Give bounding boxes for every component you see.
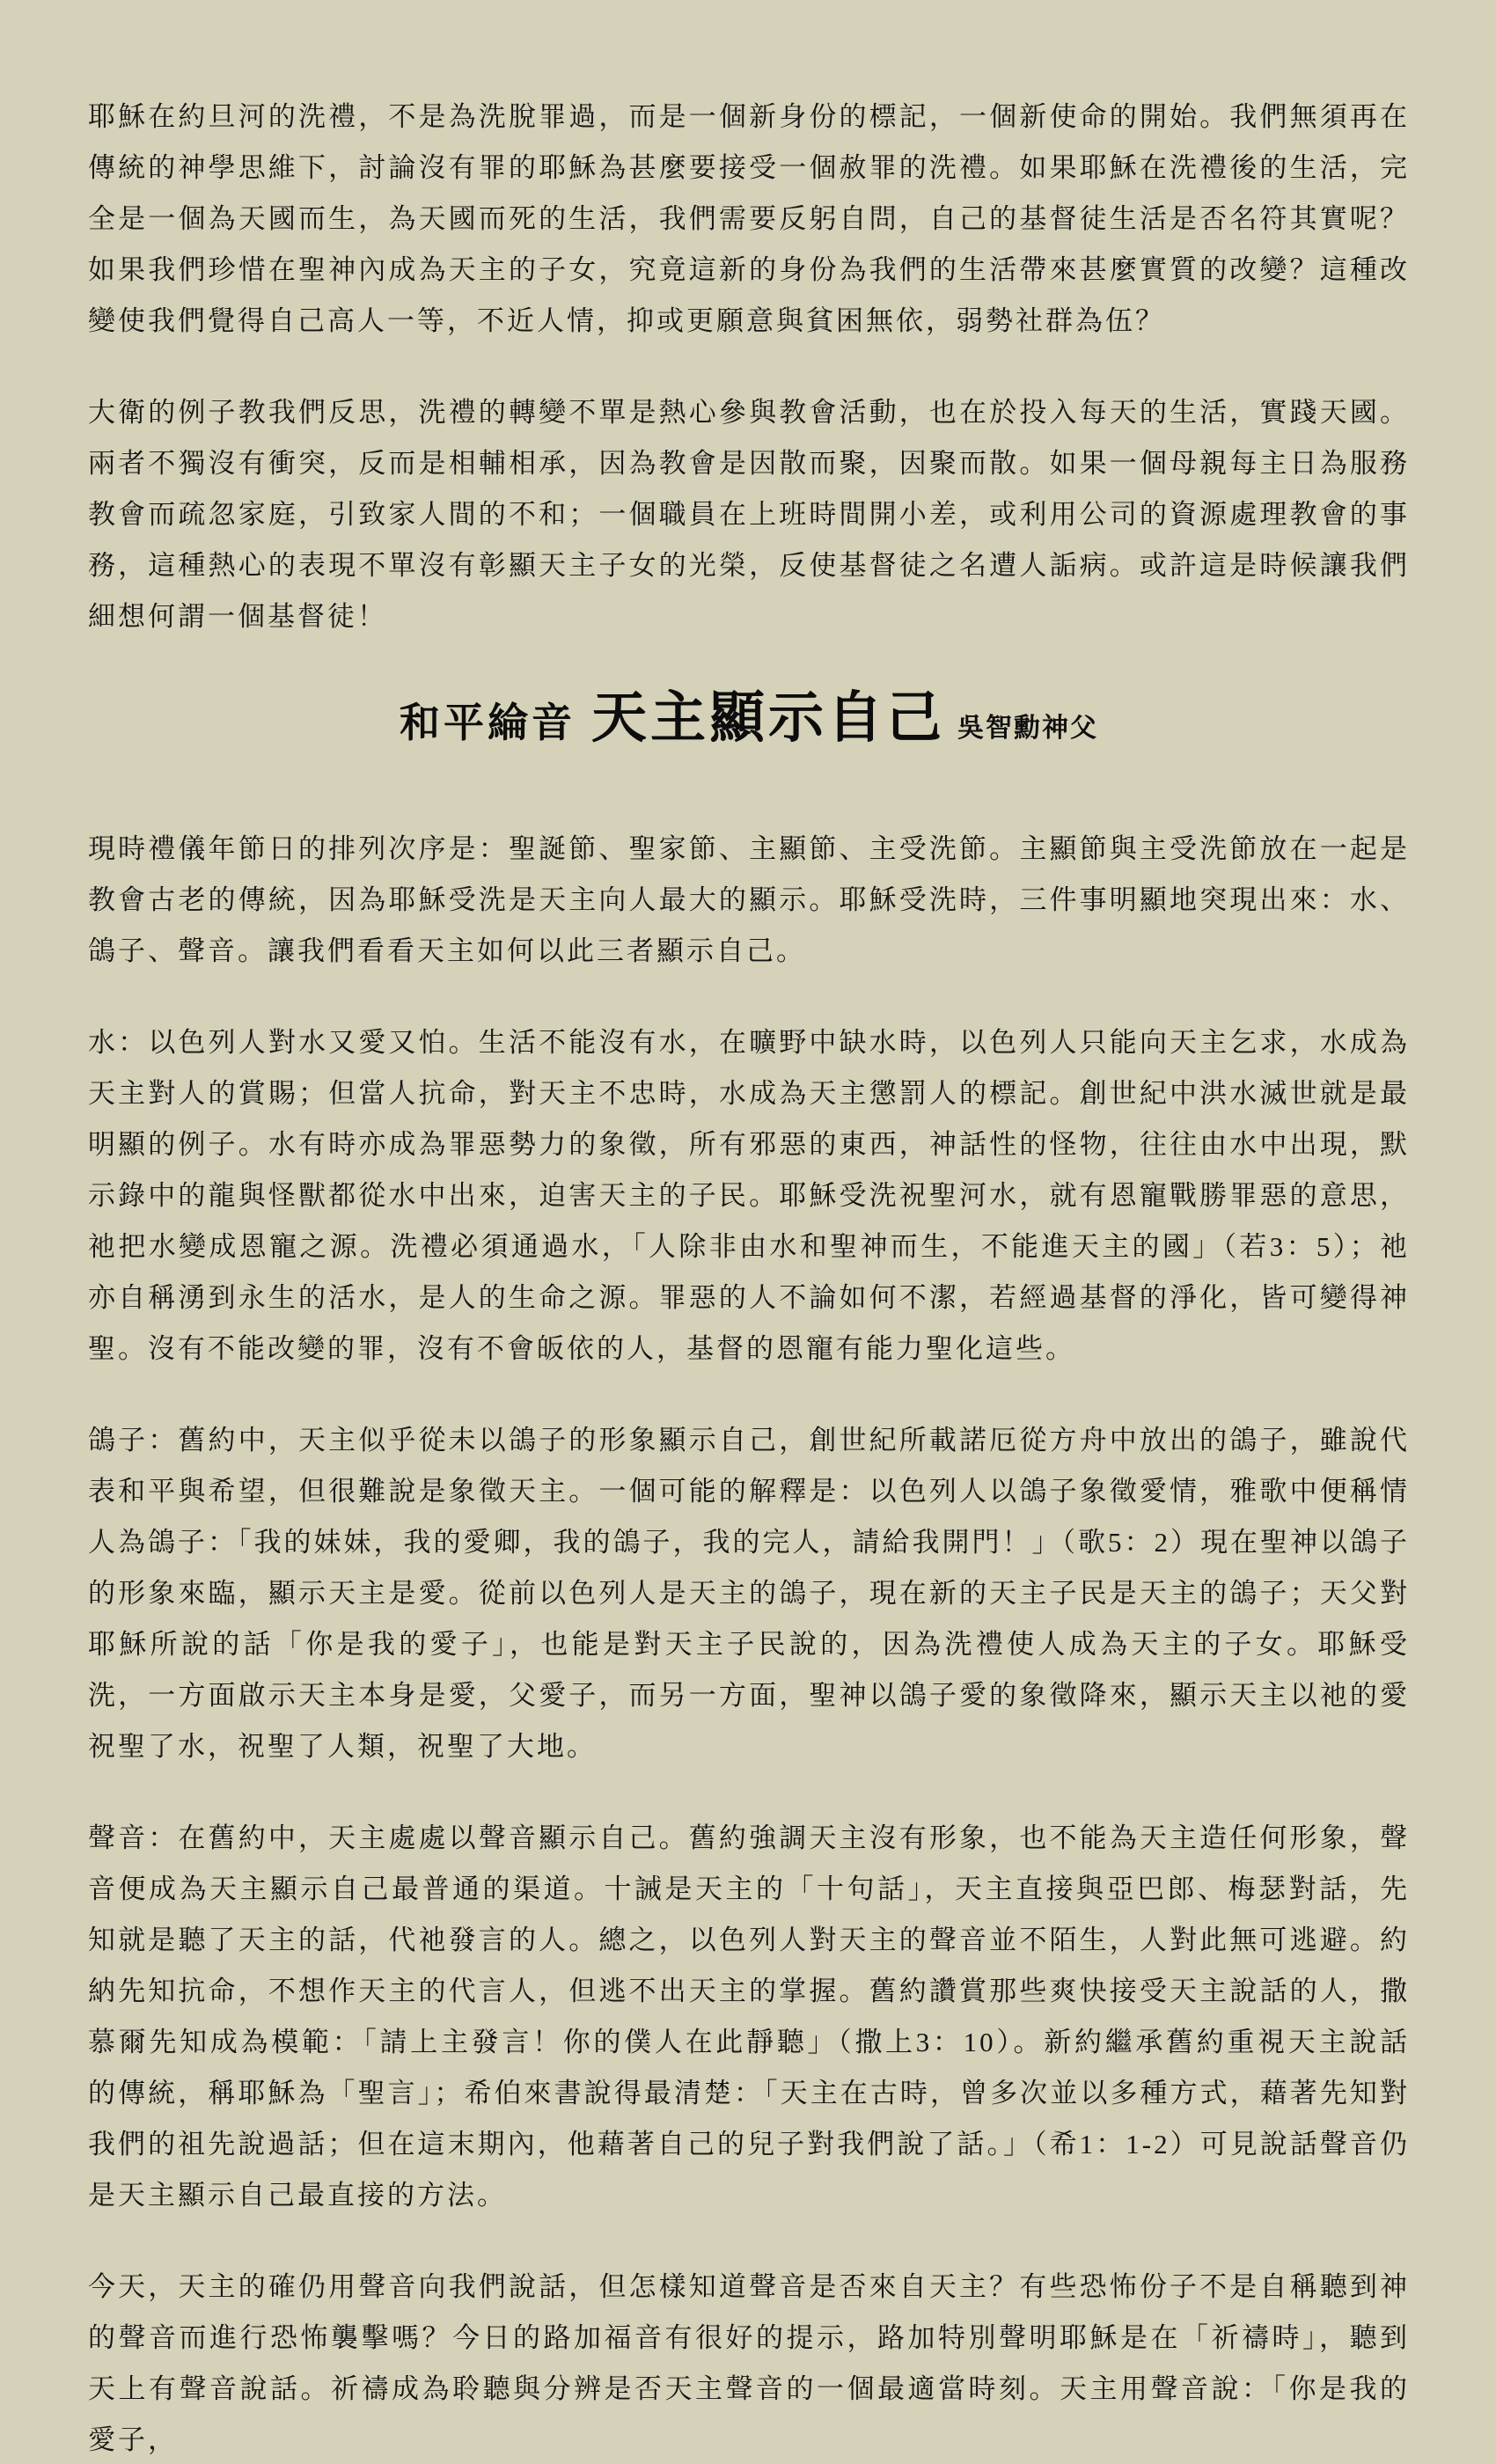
intro-paragraph-david-example: 大衛的例子教我們反思，洗禮的轉變不單是熱心參與教會活動，也在於投入每天的生活，實… bbox=[88, 387, 1410, 642]
intro-paragraph-baptism-identity: 耶穌在約旦河的洗禮，不是為洗脫罪過，而是一個新身份的標記，一個新使命的開始。我們… bbox=[88, 92, 1410, 347]
body-paragraph-today: 今天，天主的確仍用聲音向我們說話，但怎樣知道聲音是否來自天主？有些恐怖份子不是自… bbox=[88, 2262, 1410, 2464]
title-series-name: 和平綸音 bbox=[400, 700, 576, 745]
document-page: 耶穌在約旦河的洗禮，不是為洗脫罪過，而是一個新身份的標記，一個新使命的開始。我們… bbox=[0, 0, 1496, 2464]
body-paragraph-liturgical-feasts: 現時禮儀年節日的排列次序是：聖誕節、聖家節、主顯節、主受洗節。主顯節與主受洗節放… bbox=[88, 824, 1410, 977]
body-paragraph-voice: 聲音：在舊約中，天主處處以聲音顯示自己。舊約強調天主沒有形象，也不能為天主造任何… bbox=[88, 1813, 1410, 2221]
body-paragraph-water: 水：以色列人對水又愛又怕。生活不能沒有水，在曠野中缺水時，以色列人只能向天主乞求… bbox=[88, 1017, 1410, 1375]
body-paragraph-dove: 鴿子：舊約中，天主似乎從未以鴿子的形象顯示自己，創世紀所載諾厄從方舟中放出的鴿子… bbox=[88, 1415, 1410, 1772]
title-main-text: 天主顯示自己 bbox=[591, 687, 945, 749]
article-title: 和平綸音天主顯示自己吳智勳神父 bbox=[88, 683, 1410, 764]
title-author-name: 吳智勳神父 bbox=[957, 714, 1098, 743]
document-content: 耶穌在約旦河的洗禮，不是為洗脫罪過，而是一個新身份的標記，一個新使命的開始。我們… bbox=[0, 0, 1496, 2464]
